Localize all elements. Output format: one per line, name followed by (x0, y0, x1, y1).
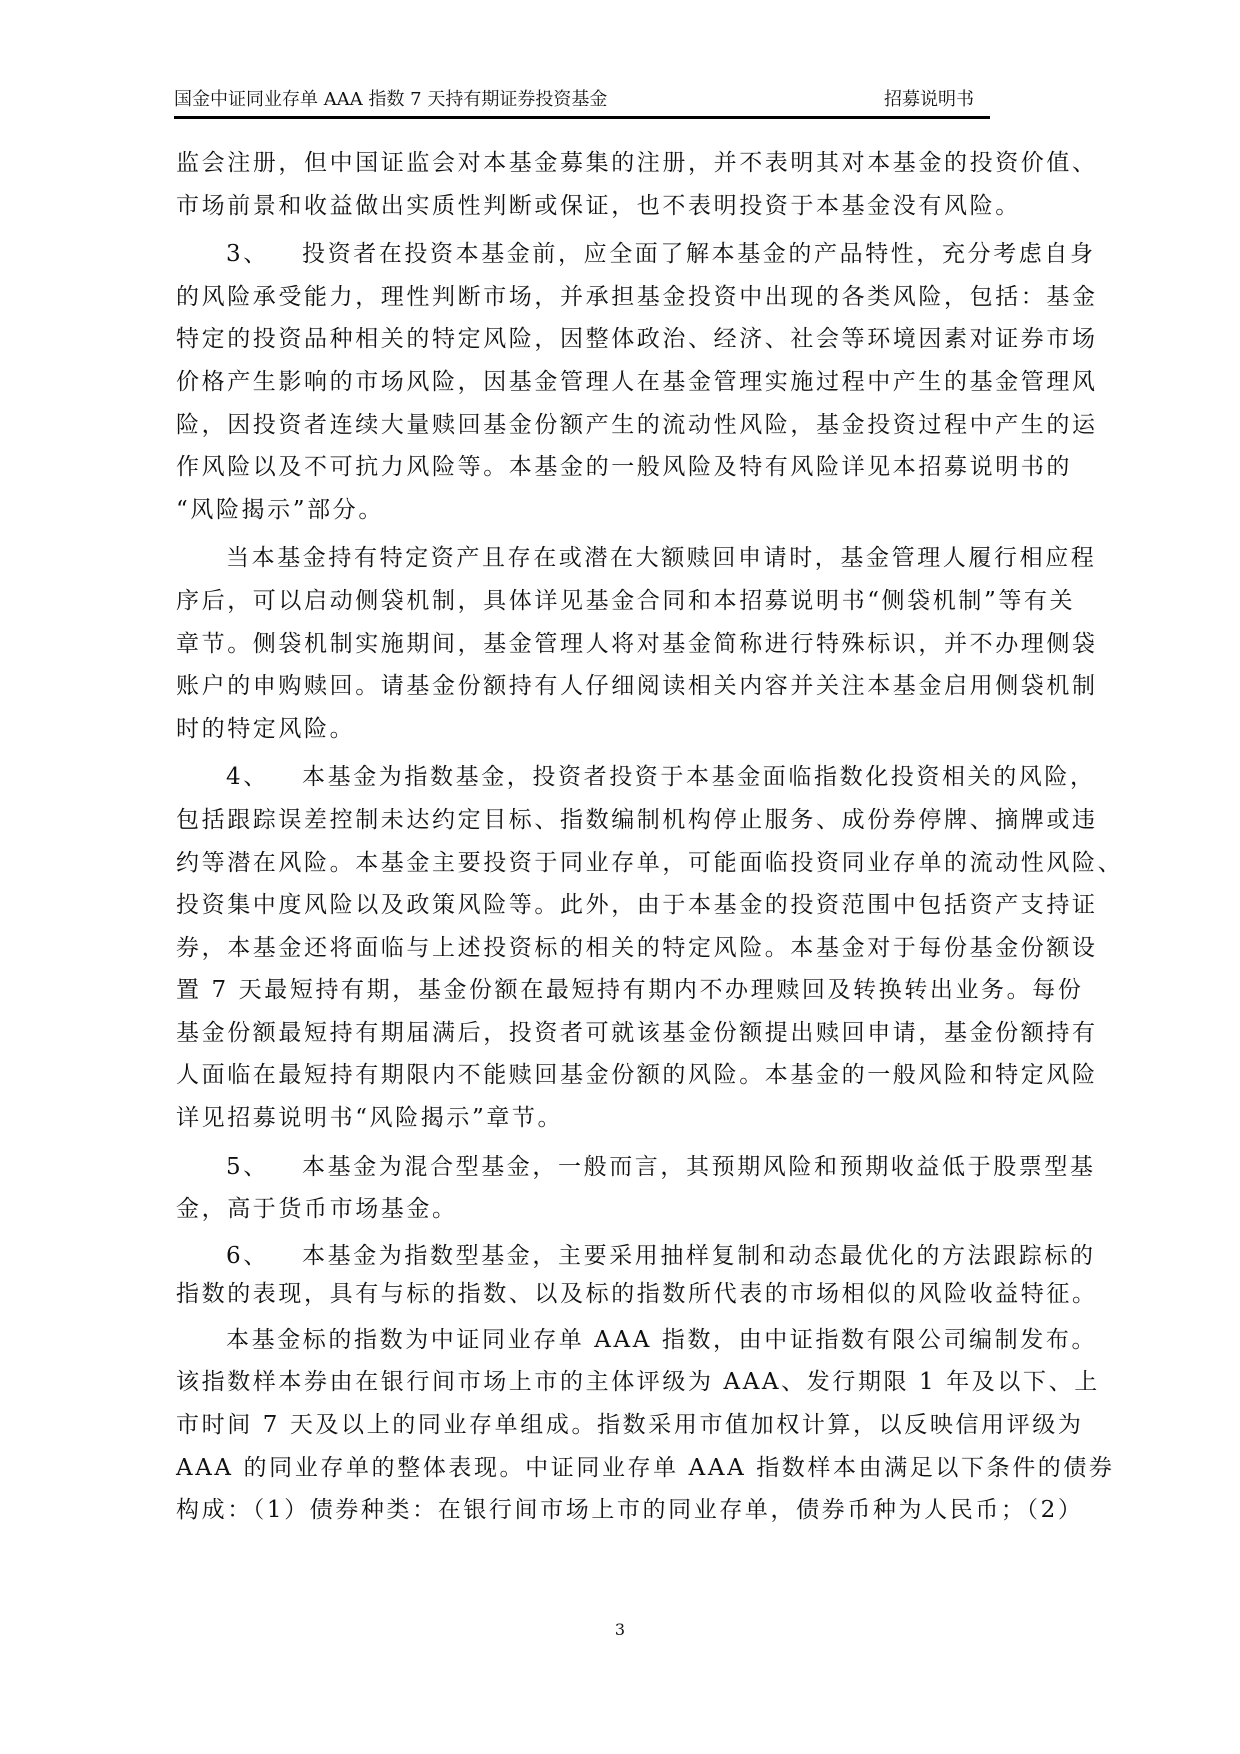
text-line: 价格产生影响的市场风险，因基金管理人在基金管理实施过程中产生的基金管理风 (176, 361, 1076, 404)
header-fund-name: 国金中证同业存单 AAA 指数 7 天持有期证券投资基金 (174, 88, 607, 112)
text-line: “风险揭示”部分。 (176, 489, 1076, 532)
text-line: 当本基金持有特定资产且存在或潜在大额赎回申请时，基金管理人履行相应程 (176, 537, 1076, 580)
item-number: 4、 (226, 756, 302, 799)
text-line: 序后，可以启动侧袋机制，具体详见基金合同和本招募说明书“侧袋机制”等有关 (176, 580, 1076, 623)
text-line: 投资集中度风险以及政策风险等。此外，由于本基金的投资范围中包括资产支持证 (176, 884, 1076, 927)
text-line: 作风险以及不可抗力风险等。本基金的一般风险及特有风险详见本招募说明书的 (176, 446, 1076, 489)
list-item-4-first-line: 4、本基金为指数基金，投资者投资于本基金面临指数化投资相关的风险， (176, 756, 1076, 799)
text-line: 章节。侧袋机制实施期间，基金管理人将对基金简称进行特殊标识，并不办理侧袋 (176, 623, 1076, 666)
list-item-6-first-line: 6、本基金为指数型基金，主要采用抽样复制和动态最优化的方法跟踪标的 (176, 1237, 1076, 1275)
list-item-5-first-line: 5、本基金为混合型基金，一般而言，其预期风险和预期收益低于股票型基 (176, 1146, 1076, 1189)
text-line: 时的特定风险。 (176, 708, 1076, 751)
text-line: 险，因投资者连续大量赎回基金份额产生的流动性风险，基金投资过程中产生的运 (176, 404, 1076, 447)
text-line: 包括跟踪误差控制未达约定目标、指数编制机构停止服务、成份券停牌、摘牌或违 (176, 799, 1076, 842)
document-page: 国金中证同业存单 AAA 指数 7 天持有期证券投资基金 招募说明书 监会注册，… (0, 0, 1240, 1754)
text-line: 本基金为混合型基金，一般而言，其预期风险和预期收益低于股票型基 (302, 1154, 1096, 1180)
text-line: AAA 的同业存单的整体表现。中证同业存单 AAA 指数样本由满足以下条件的债券 (176, 1447, 1076, 1490)
text-line: 构成：（1）债券种类：在银行间市场上市的同业存单，债券币种为人民币；（2） (176, 1489, 1076, 1532)
text-line: 本基金为指数基金，投资者投资于本基金面临指数化投资相关的风险， (302, 764, 1096, 790)
text-line: 该指数样本券由在银行间市场上市的主体评级为 AAA、发行期限 1 年及以下、上 (176, 1361, 1076, 1404)
item-number: 3、 (226, 233, 302, 276)
text-line: 本基金为指数型基金，主要采用抽样复制和动态最优化的方法跟踪标的 (302, 1243, 1096, 1269)
text-line: 约等潜在风险。本基金主要投资于同业存单，可能面临投资同业存单的流动性风险、 (176, 842, 1076, 885)
body-text: 监会注册，但中国证监会对本基金募集的注册，并不表明其对本基金的投资价值、 市场前… (176, 142, 1076, 1532)
text-line: 的风险承受能力，理性判断市场，并承担基金投资中出现的各类风险，包括：基金 (176, 276, 1076, 319)
header-doc-type: 招募说明书 (884, 88, 974, 112)
text-line: 券，本基金还将面临与上述投资标的相关的特定风险。本基金对于每份基金份额设 (176, 927, 1076, 970)
text-line: 金，高于货币市场基金。 (176, 1188, 1076, 1231)
text-line: 指数的表现，具有与标的指数、以及标的指数所代表的市场相似的风险收益特征。 (176, 1275, 1076, 1313)
running-header: 国金中证同业存单 AAA 指数 7 天持有期证券投资基金 招募说明书 (174, 86, 990, 119)
text-line: 特定的投资品种相关的特定风险，因整体政治、经济、社会等环境因素对证券市场 (176, 318, 1076, 361)
text-line: 市时间 7 天及以上的同业存单组成。指数采用市值加权计算，以反映信用评级为 (176, 1404, 1076, 1447)
item-number: 6、 (226, 1237, 302, 1275)
text-line: 详见招募说明书“风险揭示”章节。 (176, 1097, 1076, 1140)
text-line: 监会注册，但中国证监会对本基金募集的注册，并不表明其对本基金的投资价值、 (176, 142, 1076, 185)
text-line: 账户的申购赎回。请基金份额持有人仔细阅读相关内容并关注本基金启用侧袋机制 (176, 665, 1076, 708)
item-number: 5、 (226, 1146, 302, 1189)
text-line: 投资者在投资本基金前，应全面了解本基金的产品特性，充分考虑自身 (302, 241, 1096, 267)
text-line: 基金份额最短持有期届满后，投资者可就该基金份额提出赎回申请，基金份额持有 (176, 1012, 1076, 1055)
text-line: 人面临在最短持有期限内不能赎回基金份额的风险。本基金的一般风险和特定风险 (176, 1054, 1076, 1097)
text-line: 本基金标的指数为中证同业存单 AAA 指数，由中证指数有限公司编制发布。 (176, 1319, 1076, 1362)
page-number: 3 (0, 1620, 1240, 1639)
text-line: 市场前景和收益做出实质性判断或保证，也不表明投资于本基金没有风险。 (176, 185, 1076, 228)
text-line: 置 7 天最短持有期，基金份额在最短持有期内不办理赎回及转换转出业务。每份 (176, 969, 1076, 1012)
list-item-3-first-line: 3、投资者在投资本基金前，应全面了解本基金的产品特性，充分考虑自身 (176, 233, 1076, 276)
